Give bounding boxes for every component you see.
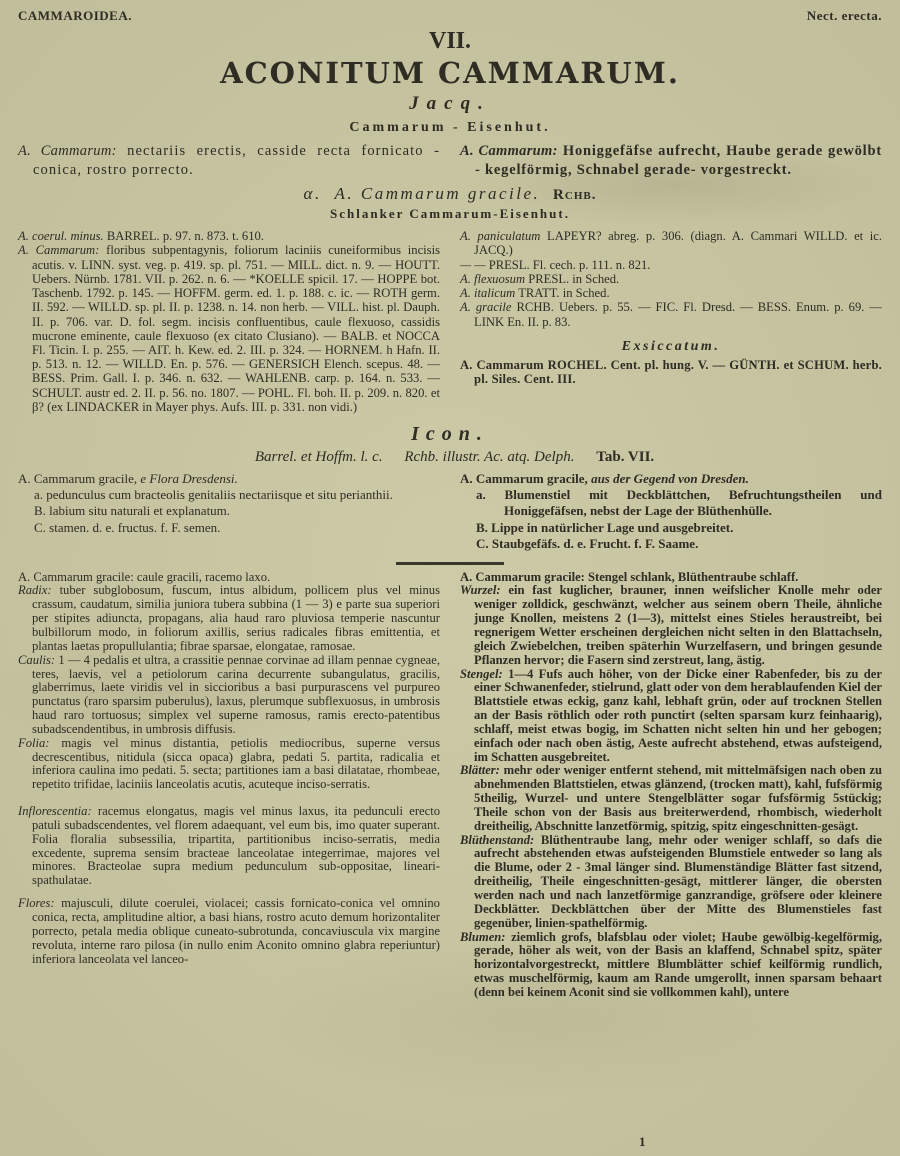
paragraph-lead: Stengel: — [460, 667, 503, 681]
synonymy-latin-column: A. coerul. minus. BARREL. p. 97. n. 873.… — [18, 229, 440, 414]
synonymy-entry: A. italicum TRATT. in Sched. — [460, 286, 882, 300]
variety-heading: α. A. Cammarum gracile. Rchb. Schlanker … — [18, 184, 882, 222]
paragraph-text: magis vel minus distantia, petiolis medi… — [32, 736, 440, 792]
variety-name-line: α. A. Cammarum gracile. Rchb. — [18, 184, 882, 204]
paragraph-radix: Radix: tuber subglobosum, fuscum, intus … — [18, 584, 440, 653]
variety-german-name: Schlanker Cammarum-Eisenhut. — [18, 206, 882, 222]
paragraph-text: majusculi, dilute coerulei, violacei; ca… — [32, 896, 440, 965]
paragraph-text: 1—4 Fufs auch höher, von der Dicke einer… — [474, 667, 882, 764]
legend-title-lead: A. Cammarum gracile, — [460, 471, 588, 486]
plate-legend-german: A. Cammarum gracile, aus der Gegend von … — [460, 471, 882, 552]
paragraph-lead: Caulis: — [18, 653, 55, 667]
paragraph-lead: Wurzel: — [460, 583, 501, 597]
synonym-citation: RCHB. Uebers. p. 55. — FIC. Fl. Dresd. —… — [474, 300, 882, 328]
synonym-citation: PRESL. in Sched. — [528, 272, 619, 286]
synonymy-entry: A. Cammarum: floribus subpentagynis, fol… — [18, 243, 440, 414]
diagnosis-latin-column: A. Cammarum: nectariis erectis, casside … — [18, 136, 440, 180]
species-author: Jacq. — [18, 93, 882, 115]
description-intro: A. Cammarum gracile: caule gracili, race… — [18, 571, 440, 585]
synonym-name: A. italicum — [460, 286, 515, 300]
synonym-name: — — — [460, 258, 486, 272]
description-intro: A. Cammarum gracile: Stengel schlank, Bl… — [460, 571, 882, 585]
legend-title-tail: aus der Gegend von Dresden. — [591, 471, 749, 486]
plate-legend-latin: A. Cammarum gracile, e Flora Dresdensi. … — [18, 471, 440, 552]
synonymy-entry: A. coerul. minus. BARREL. p. 97. n. 873.… — [18, 229, 440, 243]
species-title: ACONITUM CAMMARUM. — [18, 56, 882, 90]
chapter-number: VII. — [18, 28, 882, 55]
intro-lead: A. Cammarum gracile: — [460, 570, 585, 584]
paragraph-lead: Radix: — [18, 583, 52, 597]
page-number: 1 — [639, 1134, 646, 1150]
legend-title-tail: e Flora Dresdensi. — [140, 471, 237, 486]
running-header: CAMMAROIDEA. Nect. erecta. — [18, 8, 882, 24]
paragraph-lead: Blätter: — [460, 763, 500, 777]
paragraph-blaetter: Blätter: mehr oder weniger entfernt steh… — [460, 764, 882, 833]
running-head-right: Nect. erecta. — [807, 8, 882, 24]
description-columns: A. Cammarum gracile: caule gracili, race… — [18, 571, 882, 1000]
intro-text: Stengel schlank, Blüthentraube schlaff. — [588, 570, 798, 584]
diagnosis-columns: A. Cammarum: nectariis erectis, casside … — [18, 136, 882, 180]
synonym-name: A. gracile — [460, 300, 512, 314]
synonym-name: A. paniculatum — [460, 229, 540, 243]
paragraph-lead: Blumen: — [460, 930, 506, 944]
paragraph-lead: Blüthenstand: — [460, 833, 534, 847]
diagnosis-latin-lead: A. Cammarum: — [18, 143, 117, 159]
paragraph-text: ein fast kuglicher, brauner, innen weifs… — [474, 583, 882, 666]
legend-item: C. stamen. d. e. fructus. f. F. semen. — [18, 520, 440, 536]
synonym-name: A. coerul. minus. — [18, 229, 104, 243]
synonym-citation: floribus subpentagynis, foliorum lacinii… — [32, 243, 440, 413]
synonymy-entry: — — PRESL. Fl. cech. p. 111. n. 821. — [460, 258, 882, 272]
synonymy-entry: A. flexuosum PRESL. in Sched. — [460, 272, 882, 286]
paragraph-text: Blüthentraube lang, mehr oder weniger sc… — [474, 833, 882, 930]
synonym-citation: BARREL. p. 97. n. 873. t. 610. — [107, 229, 264, 243]
running-head-left: CAMMAROIDEA. — [18, 8, 132, 24]
variety-author: Rchb. — [553, 187, 596, 203]
variety-name: A. Cammarum gracile. — [334, 184, 540, 203]
paragraph-stengel: Stengel: 1—4 Fufs auch höher, von der Di… — [460, 668, 882, 765]
paragraph-folia: Folia: magis vel minus distantia, petiol… — [18, 737, 440, 792]
book-page: CAMMAROIDEA. Nect. erecta. VII. ACONITUM… — [0, 0, 900, 1156]
paragraph-inflorescentia: Inflorescentia: racemus elongatus, magis… — [18, 805, 440, 888]
paragraph-text: racemus elongatus, magis vel minus laxus… — [32, 804, 440, 887]
synonym-citation: TRATT. in Sched. — [518, 286, 609, 300]
legend-item: a. pedunculus cum bracteolis genitaliis … — [18, 487, 440, 503]
paragraph-text: tuber subglobosum, fuscum, intus albidum… — [32, 583, 440, 652]
synonymy-entry: A. gracile RCHB. Uebers. p. 55. — FIC. F… — [460, 300, 882, 328]
synonymy-entry: A. paniculatum LAPEYR? abreg. p. 306. (d… — [460, 229, 882, 257]
icon-citation-tab: Tab. VII. — [596, 449, 654, 465]
paragraph-flores: Flores: majusculi, dilute coerulei, viol… — [18, 897, 440, 966]
description-german-column: A. Cammarum gracile: Stengel schlank, Bl… — [460, 571, 882, 1000]
paragraph-lead: Folia: — [18, 736, 49, 750]
legend-item: C. Staubgefäfs. d. e. Frucht. f. F. Saam… — [460, 536, 882, 552]
paragraph-text: ziemlich grofs, blafsblau oder violet; H… — [474, 930, 882, 999]
legend-item: B. Lippe in natürlicher Lage und ausgebr… — [460, 520, 882, 536]
paragraph-blumen: Blumen: ziemlich grofs, blafsblau oder v… — [460, 931, 882, 1000]
paragraph-lead: Inflorescentia: — [18, 804, 92, 818]
description-latin-column: A. Cammarum gracile: caule gracili, race… — [18, 571, 440, 1000]
paragraph-text: 1 — 4 pedalis et ultra, a crassitie penn… — [32, 653, 440, 736]
paragraph-bluethenstand: Blüthenstand: Blüthentraube lang, mehr o… — [460, 834, 882, 931]
synonymy-columns: A. coerul. minus. BARREL. p. 97. n. 873.… — [18, 229, 882, 414]
legend-title-lead: A. Cammarum gracile, — [18, 471, 137, 486]
plate-legend-columns: A. Cammarum gracile, e Flora Dresdensi. … — [18, 471, 882, 552]
legend-title: A. Cammarum gracile, e Flora Dresdensi. — [18, 471, 440, 487]
synonym-name: A. flexuosum — [460, 272, 525, 286]
section-divider — [396, 562, 504, 565]
legend-item: a. Blumenstiel mit Deckblättchen, Befruc… — [460, 487, 882, 520]
icon-citation-rchb: Rchb. illustr. Ac. atq. Delph. — [404, 449, 574, 465]
paragraph-lead: Flores: — [18, 896, 55, 910]
intro-text: caule gracili, racemo laxo. — [137, 570, 270, 584]
legend-item: B. labium situ naturali et explanatum. — [18, 503, 440, 519]
synonymy-right-column: A. paniculatum LAPEYR? abreg. p. 306. (d… — [460, 229, 882, 414]
exsiccatum-heading: Exsiccatum. — [460, 339, 882, 355]
icon-citation-barrel: Barrel. et Hoffm. l. c. — [255, 449, 383, 465]
paragraph-caulis: Caulis: 1 — 4 pedalis et ultra, a crassi… — [18, 654, 440, 737]
icon-section-heading: Icon. — [18, 423, 882, 446]
diagnosis-latin: A. Cammarum: nectariis erectis, casside … — [18, 142, 440, 180]
icon-citation: Barrel. et Hoffm. l. c. Rchb. illustr. A… — [18, 449, 882, 466]
synonym-citation: PRESL. Fl. cech. p. 111. n. 821. — [489, 258, 651, 272]
diagnosis-german-column: A. Cammarum: Honiggefäfse aufrecht, Haub… — [460, 136, 882, 180]
diagnosis-german-lead: A. Cammarum: — [460, 143, 558, 159]
german-common-name: Cammarum - Eisenhut. — [18, 120, 882, 136]
exsiccatum-text: A. Cammarum ROCHEL. Cent. pl. hung. V. —… — [460, 358, 882, 386]
synonym-name: A. Cammarum: — [18, 243, 99, 257]
variety-alpha: α. — [304, 184, 322, 203]
legend-title: A. Cammarum gracile, aus der Gegend von … — [460, 471, 882, 487]
paragraph-wurzel: Wurzel: ein fast kuglicher, brauner, inn… — [460, 584, 882, 667]
diagnosis-german: A. Cammarum: Honiggefäfse aufrecht, Haub… — [460, 142, 882, 180]
paragraph-text: mehr oder weniger entfernt stehend, mit … — [474, 763, 882, 832]
intro-lead: A. Cammarum gracile: — [18, 570, 134, 584]
